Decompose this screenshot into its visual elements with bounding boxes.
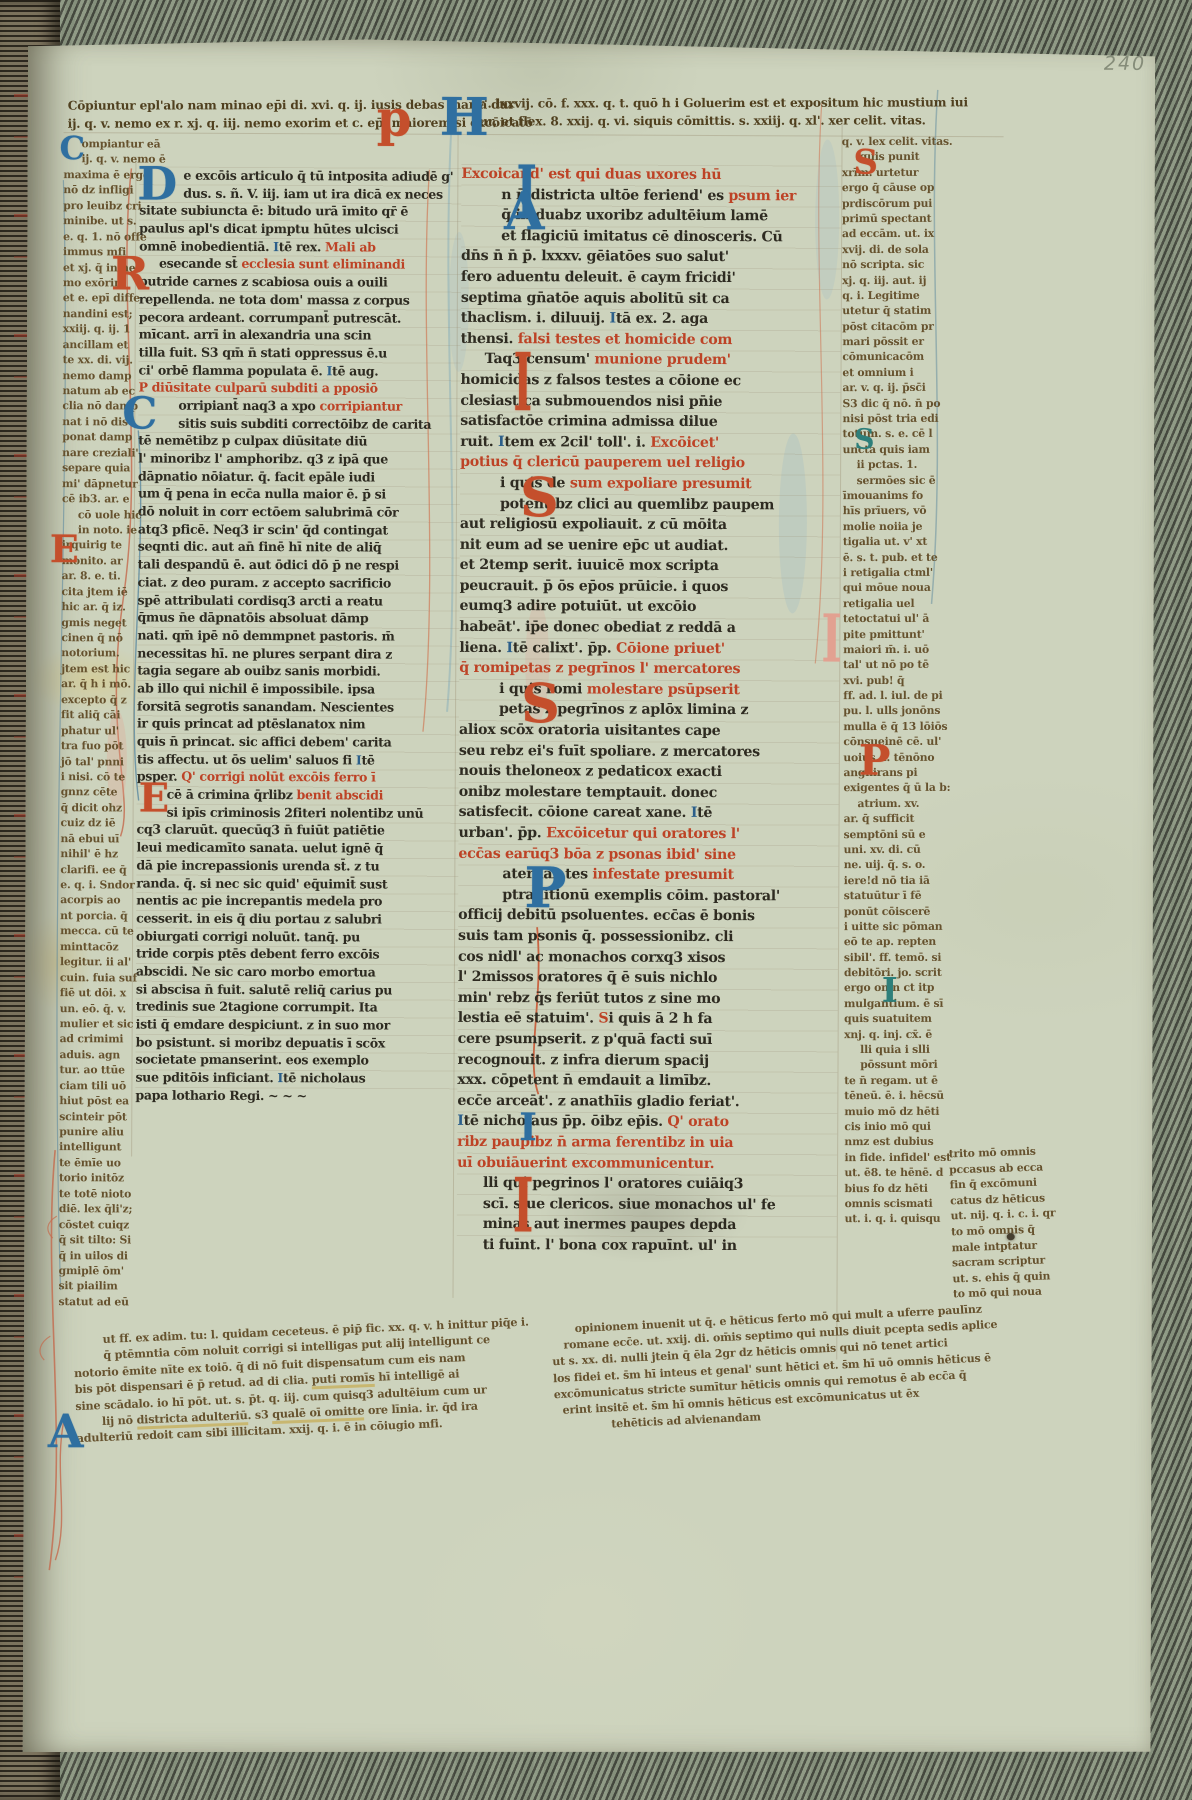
gloss-line: ad crimimi (60, 1032, 138, 1048)
text-segment: q̄mus n̄e dāpnatōis absoluat dāmp (137, 610, 368, 626)
text-segment: lli quia i slli (860, 1043, 930, 1056)
text-segment: septima gn̄atōe aquis abolitū sit ca (461, 289, 730, 306)
gloss-line: primū spectant (842, 211, 996, 227)
text-segment: cē ib3. ar. e (62, 492, 129, 505)
text-segment: e excōis articulo q̄ tū intposita adiudē… (183, 168, 453, 184)
text-segment: dn̄s n̄ n̄ p̄. lxxxv. gēiatōes suo salut… (461, 248, 729, 265)
text-segment: benit abscidi (297, 787, 384, 802)
text-segment: pro leuibz cri (63, 199, 141, 212)
text-segment: S3 dic q̄ nō. n̄ po (842, 396, 940, 409)
gloss-line: nā ebui uī (60, 831, 138, 847)
text-segment: ab illo qui nichil ē impossibile. ipsa (137, 680, 375, 696)
text-segment: putride carnes z scabiosa ouis a ouili (139, 274, 388, 290)
gloss-line: cōmunicacōm (842, 349, 996, 365)
gloss-line: torio initōz (59, 1170, 137, 1186)
text-line: Itē nicholaus p̄p. ōibz ep̄is. Q' orato (457, 1111, 837, 1133)
gloss-line: xj. q. iij. aut. ij (842, 272, 996, 288)
gloss-line: fiē ut dōi. x (60, 985, 138, 1001)
illuminated-initial: R (111, 250, 149, 296)
text-line: thaclism. i. diluuij. Itā ex. 2. aga (461, 308, 841, 330)
gloss-line: semptōni sū e (844, 826, 998, 842)
text-segment: dō noluit in corr ectōem salubrimā cōr (138, 504, 399, 520)
text-segment: Taq3 censum' (485, 351, 595, 367)
text-line: nit eum ad se uenire ep̄c ut audiat. (460, 535, 840, 557)
gloss-line: jō tal' pnni (61, 754, 139, 770)
gloss-line: nandini est; (63, 306, 141, 322)
gloss-line: xvij. di. de sola (842, 241, 996, 257)
text-segment: Q' orato (667, 1114, 728, 1130)
text-line: peucrauit. p̄ ōs ep̄os prūicie. i quos (460, 576, 840, 598)
text-segment: tē (361, 752, 374, 767)
text-segment: cita jtem iē (62, 585, 128, 598)
text-segment: i uitte sic pōman (844, 920, 943, 933)
parchment-wormhole (1007, 1233, 1015, 1240)
text-segment: seqnti dic. aut an̄ finē hī nite de aliq… (138, 539, 382, 555)
text-segment: ecc̄e arceāt'. z anathīis gladio feriat'… (457, 1093, 739, 1110)
text-line: dus. s. ñ. V. iij. iam ut ira dicā ex ne… (139, 184, 461, 203)
text-line: spē attribulati cordisq3 arcti a reatu (138, 591, 460, 610)
text-segment: q̄ in uilos di (59, 1249, 128, 1262)
text-segment: legitur. ii al' (60, 955, 131, 968)
text-segment: fero aduentu deleuit. ē caym fricidi' (461, 269, 736, 286)
gloss-line: intelligunt (59, 1140, 137, 1156)
text-segment: fiē ut dōi. x (60, 986, 126, 999)
illuminated-initial: I (882, 974, 898, 1008)
gloss-line: ar. v. q. ij. p̄sc̄i (842, 380, 996, 396)
gloss-line: cis inio mō qui (844, 1119, 998, 1135)
text-segment: sum expoliare presumit (570, 475, 752, 492)
text-segment: aduis. agn (60, 1048, 121, 1061)
text-segment: ciat. z deo puram. z accepto sacrificio (138, 574, 391, 590)
text-line: habeāt'. ip̄e donec obediat z reddā a (459, 617, 839, 639)
gloss-line: quis suatuitem (844, 1011, 998, 1027)
gloss-line: legitur. ii al' (60, 954, 138, 970)
text-segment: pōst citacōm pr (842, 320, 933, 333)
text-segment: psum ier (728, 188, 796, 204)
text-segment: ar. 8. e. ti. (62, 569, 121, 582)
text-segment: diē. lex q̄li'z; (59, 1202, 132, 1215)
text-segment: Q' corrigi nolūt excōis ferro ī (181, 769, 375, 785)
text-segment: prdiscōrum pui (842, 196, 932, 209)
text-segment: spē attribulati cordisq3 arcti a reatu (138, 592, 383, 608)
gloss-line: pōssunt mōri (844, 1057, 998, 1073)
text-line: petas z pegrīnos z aplōx limina z (459, 699, 839, 721)
text-segment: gmiplē ōm' (59, 1264, 124, 1277)
gloss-line: hiut pōst ea (59, 1093, 137, 1109)
text-segment: onibz molestare temptauit. donec (459, 784, 717, 801)
text-segment: xj. q. iij. aut. ij (842, 273, 926, 286)
gloss-line: xxiij. q. ij. 1 (63, 321, 141, 337)
illuminated-initial: S (520, 470, 559, 524)
text-segment: nat i nō dis (62, 415, 128, 428)
text-segment: nō scripta. sic (842, 258, 924, 271)
text-line: abscidi. Ne sic caro morbo emortua (136, 962, 458, 981)
text-segment: maiori m̄. i. uō (843, 643, 929, 656)
text-segment: Cōione priuet' (616, 640, 725, 656)
gloss-line: atrium. xv. (843, 795, 997, 811)
text-segment: e. q. 1. nō offe (63, 230, 147, 243)
gloss-line: mulgantium. ē sī (844, 996, 998, 1012)
text-segment: randa. q̄. si nec sic quid' eq̄uimit̄ su… (136, 875, 387, 891)
text-line: um q̄ pena in ecc̄a nulla maior ē. p̄ si (138, 485, 460, 504)
text-segment: sermōes sic ē (857, 473, 936, 486)
text-segment: hic ar. q̄ iz. (61, 600, 125, 613)
text-segment: l' minoribz l' amphoribz. q3 z ipā que (138, 450, 388, 466)
gloss-line: muio mō dz hēti (844, 1103, 998, 1119)
text-line: necessitas hī. ne plures serpant dira z (137, 644, 459, 663)
gloss-line: ne. uij. q̄. s. o. (844, 857, 998, 873)
text-segment: ar. v. q. ij. p̄sc̄i (842, 381, 925, 394)
text-segment: cis inio mō qui (844, 1120, 930, 1133)
gloss-line: nare creziali' (62, 445, 140, 461)
text-line: nouis theloneox z pedaticox exacti (459, 761, 839, 783)
gloss-line: ciam tili uō (59, 1078, 137, 1094)
gloss-line: tigalia ut. v' xt (843, 534, 997, 550)
text-segment: aut religiosū expoliauit. z cū mōita (460, 516, 727, 533)
text-segment: te ēmīe uo (59, 1156, 121, 1169)
text-segment: ponūt cōiscerē (844, 904, 930, 917)
text-line: quis n̄ princat. sic affici debem' carit… (137, 732, 459, 751)
text-segment: sue pditōis inficiant. (135, 1070, 277, 1086)
text-segment: to mō omnis q̄ (951, 1223, 1035, 1239)
text-segment: tē (697, 805, 712, 821)
text-segment: minttacōz (60, 940, 119, 953)
gloss-line: te n̄ regam. ut ē (844, 1073, 998, 1089)
gloss-line: minttacōz (60, 939, 138, 955)
text-segment: utetur q̄ statim (842, 304, 931, 317)
text-line: ecc̄e arceāt'. z anathīis gladio feriat'… (457, 1091, 837, 1113)
text-segment: in fide. infidel' est (844, 1151, 950, 1164)
manuscript-page: 240 Cōpiuntur epl'alo nam minao ep̄i di.… (21, 36, 1158, 1757)
text-line: randa. q̄. si nec sic quid' eq̄uimit̄ su… (136, 874, 458, 893)
text-segment: paulus apl's dicat ipmptu hūtes ulcisci (139, 221, 398, 237)
text-segment: esecande st̄ (159, 256, 241, 271)
text-segment: officij debitū psoluentes. ecc̄as ē boni… (458, 907, 755, 924)
text-segment: cō uole hic (78, 508, 142, 521)
gloss-line: pu. l. ulls jonōns (843, 703, 997, 719)
text-segment: ecc̄as earūq3 bōa z psonas ibid' sine (458, 845, 735, 862)
text-line: dā pie increpassionis urenda st̄. z tu (136, 856, 458, 875)
gloss-line: q̄ in uilos di (59, 1248, 137, 1264)
text-segment: cere psumpserit. z p'quā facti suī (458, 1031, 713, 1048)
text-line: cq3 claruūt. quecūq3 n̄ fuiūt patiētie (136, 821, 458, 840)
text-segment: jtem est hic (61, 662, 130, 675)
text-line: cere psumpserit. z p'quā facti suī (458, 1029, 838, 1051)
text-line: cos nidl' ac monachos corxq3 xisos (458, 946, 838, 968)
text-segment: cē ā crimina q̄rlibz (167, 787, 297, 803)
text-line: omnē inobedientiā. Itē rex. Mali ab (139, 237, 461, 256)
text-segment: sit piailim (59, 1280, 118, 1293)
text-line: societate pmanserint. eos exemplo (135, 1051, 457, 1070)
text-segment: qui mōue noua (843, 581, 931, 594)
gloss-line: tur. ao ttūe (59, 1062, 137, 1078)
illuminated-initial: P (524, 860, 566, 916)
text-line: tredinis sue 2tagione corrumpit. Ita (136, 998, 458, 1017)
text-line: potius q̄ clericū pauperem uel religio (460, 452, 840, 474)
text-segment: separe quia (62, 461, 130, 474)
text-segment: te totē nioto (59, 1187, 131, 1200)
gloss-line: cuin. fuia suf (60, 970, 138, 986)
text-segment: ut. s. ehis q̄ quin (952, 1269, 1050, 1285)
text-segment: xvij. di. de sola (842, 243, 929, 256)
gloss-line: i retigalia ctml' (843, 565, 997, 581)
text-segment: leui medicamīto sanata. uelut ignē q̄ (136, 840, 383, 856)
text-segment: nihil' ē hz (60, 847, 118, 860)
text-segment: nemo damp (62, 369, 131, 382)
text-segment: cos nidl' ac monachos corxq3 xisos (458, 948, 725, 965)
gloss-line: mecca. cū te (60, 923, 138, 939)
text-segment: ut. i. q. i. quisqu (845, 1212, 941, 1225)
text-segment: potius q̄ clericū pauperem uel religio (460, 454, 745, 471)
gloss-line: cē ib3. ar. e (62, 491, 140, 507)
text-line: q̄mus n̄e dāpnatōis absoluat dāmp (137, 609, 459, 628)
text-segment: catus dz hēticus (950, 1191, 1045, 1207)
text-line: sitis suis subditi correctōibz de carita (138, 414, 460, 433)
gloss-line: q. i. Legitime (842, 288, 996, 304)
gloss-line: retigalia uel (843, 595, 997, 611)
text-segment: thaclism. i. diluuij. (461, 310, 610, 327)
text-segment: nmz est dubius (844, 1135, 933, 1148)
text-line: cesserit. in eis q̄ diu portau z salubri (136, 909, 458, 928)
gloss-line: gmiplē ōm' (59, 1263, 137, 1279)
gloss-line: ancillam et (63, 337, 141, 353)
gloss-line: cinen q̄ nō (61, 630, 139, 646)
text-segment: tē nicholaus p̄p. ōibz ep̄is. (464, 1113, 668, 1130)
text-segment: societate pmanserint. eos exemplo (136, 1052, 369, 1068)
text-segment: isti q̄ emdare despiciunt. z in suo mor (136, 1016, 390, 1032)
text-segment: punire aliu (59, 1125, 124, 1138)
text-segment: bo psistunt. si moribz depuatis ī scōx (136, 1034, 385, 1050)
text-line: ribz paupibz n̄ arma ferentibz in uia (457, 1132, 837, 1154)
gloss-line: diē. lex q̄li'z; (59, 1201, 137, 1217)
gloss-line: ē. s. t. pub. et te (843, 549, 997, 565)
gloss-line: nt porcia. q̄ (60, 908, 138, 924)
text-line: septima gn̄atōe aquis abolitū sit ca (461, 287, 841, 309)
text-line: tis affectu. ut ōs uelim' saluos fi Itē (137, 750, 459, 769)
text-segment: ribz paupibz n̄ arma ferentibz in uia (457, 1134, 733, 1151)
text-line: si ipīs criminosis 2fiteri nolentibz unū (137, 803, 459, 822)
text-segment: Excōicetur qui oratores l' (546, 825, 740, 842)
text-segment: sitate subiuncta ē: bitudo urā īmito qr̄… (139, 203, 408, 219)
text-segment: q̄ dicit ohz (61, 801, 122, 814)
text-segment: repellenda. ne tota dom' massa z corpus (139, 291, 410, 307)
text-segment: iere!d nō tia iā (844, 874, 930, 887)
gloss-line: i nisi. cō te (61, 769, 139, 785)
text-line: tē nemētibz p culpax diūsitate diū (138, 432, 460, 451)
gloss-line: i uitte sic pōman (844, 919, 998, 935)
text-line: fero aduentu deleuit. ē caym fricidi' (461, 267, 841, 289)
gloss-line: pōst citacōm pr (842, 318, 996, 334)
text-segment: sitis suis subditi correctōibz de carita (178, 415, 431, 431)
gloss-line: maiori m̄. i. uō (843, 642, 997, 658)
text-segment: cuin. fuia suf (60, 971, 137, 984)
text-segment: thensi. (461, 331, 518, 347)
gloss-line: ar. q̄ sufficit (844, 811, 998, 827)
red-bottom-vine (49, 1150, 57, 1570)
vine-leaf-curls (40, 1216, 57, 1360)
gloss-line: cuiz dz iē (61, 815, 139, 831)
text-line: recognouit. z infra dierum spacij (457, 1049, 837, 1071)
illuminated-initial: E (139, 778, 170, 818)
text-line: lestia eē statuim'. Si quis ā 2 h fa (458, 1008, 838, 1030)
gloss-line: un. eō. q̄. v. (60, 1001, 138, 1017)
text-line: atq3 pficē. Neq3 ir scin' q̄d contingat (138, 520, 460, 539)
gloss-line: statuūtur ī fē (844, 888, 998, 904)
text-segment: orripiant̄ naq3 a xpo (178, 398, 319, 414)
gloss-line: hīs prīuers, vō (843, 503, 997, 519)
gloss-line: uni. xv. di. cū (844, 842, 998, 858)
text-segment: atrium. xv. (858, 797, 920, 810)
text-segment: mari pōssit er (842, 335, 924, 348)
text-segment: tra fuo pōt (61, 739, 123, 752)
text-line: liena. Itē calixt'. p̄p. Cōione priuet' (459, 638, 839, 660)
text-segment: ē. s. t. pub. et te (843, 550, 938, 563)
gloss-line: nō dz infligi (63, 182, 141, 198)
text-segment: necessitas hī. ne plures serpant dira z (137, 645, 392, 661)
text-segment: molestare psūpserit (587, 681, 740, 698)
text-segment: tā ex. 2. aga (616, 311, 708, 327)
text-segment: fit aliq̄ cāi (61, 708, 120, 721)
text-line: seqnti dic. aut an̄ finē hī nite de aliq… (138, 538, 460, 557)
text-segment: urban'. p̄p. (458, 825, 546, 841)
text-segment: tem ex 2cil' toll'. i. (504, 434, 650, 451)
gloss-line: tēneū. ē. i. hēcsū (844, 1088, 998, 1104)
text-line: ciat. z deo puram. z accepto sacrificio (138, 573, 460, 592)
text-line: papa lothario Regi. ~ ~ ~ (135, 1086, 457, 1105)
text-line: l' 2missos oratores q̄ ē suis nichlo (458, 967, 838, 989)
text-line: dn̄s n̄ n̄ p̄. lxxxv. gēiatōes suo salut… (461, 246, 841, 268)
gloss-line: te totē nioto (59, 1186, 137, 1202)
text-segment: mulla ē q̄ 13 lōiōs (843, 720, 947, 733)
text-segment: xvi. pub! q̄ (843, 674, 904, 687)
text-segment: scinteir pōt (59, 1110, 126, 1123)
illuminated-initial: C (122, 392, 157, 436)
illuminated-initial: A (504, 186, 545, 238)
text-segment: te xx. di. vij. (63, 353, 133, 366)
main-column-left: e excōis articulo q̄ tū intposita adiudē… (135, 166, 461, 1105)
text-segment: male intptatur (951, 1238, 1037, 1254)
text-line: aliox scōx oratoria uisitantes cape (459, 720, 839, 742)
text-segment: te n̄ regam. ut ē (844, 1074, 938, 1087)
text-segment: xnj. q. inj. cx̄. ē (844, 1028, 932, 1041)
text-segment: acorpis ao (60, 894, 120, 907)
text-line: ir quis princat ad ptēslanatox nim (137, 715, 459, 734)
gloss-line: pite pmittunt' (843, 626, 997, 642)
gloss-line: gmis neget (61, 615, 139, 631)
text-segment: abscidi. Ne sic caro morbo emortua (136, 963, 376, 979)
gloss-line: excepto q̄ z (61, 692, 139, 708)
text-line: urban'. p̄p. Excōicetur qui oratores l' (458, 823, 838, 845)
text-line: et 2temp serit. iuuicē mox scripta (460, 555, 840, 577)
text-segment: cuiz dz iē (61, 816, 116, 829)
text-segment: trito mō omnis (949, 1145, 1036, 1161)
text-segment: gnnz cēte (61, 786, 118, 799)
text-segment: pu. l. ulls jonōns (843, 704, 940, 717)
gloss-line: prdiscōrum pui (842, 195, 996, 211)
marginal-gloss-right: q. v. lex celit. vitas.iquis punitxrīm. … (842, 134, 999, 1227)
text-segment: S (598, 1011, 608, 1027)
text-line: putride carnes z scabiosa ouis a ouili (139, 273, 461, 292)
gloss-line: fit aliq̄ cāi (61, 707, 139, 723)
text-segment: q̄ romipetas z pegrīnos l' mercatores (459, 660, 740, 677)
text-line: tali despandū ē. aut ōdici dō p̄ ne resp… (138, 556, 460, 575)
text-line: officij debitū psoluentes. ecc̄as ē boni… (458, 905, 838, 927)
illuminated-initial: C (59, 132, 85, 164)
text-segment: īmouanims fo (843, 489, 923, 502)
text-line: potentibz clici au quemlibz paupem (460, 493, 840, 515)
text-segment: primū spectant (842, 212, 932, 225)
text-segment: P diūsitate culparū subditi a pposiō (138, 380, 377, 396)
gloss-line: cō uole hic (62, 507, 140, 523)
text-segment: tilla fuit. S3 qm̄ n̄ stati oppressus ē.… (139, 344, 387, 360)
text-segment: et 2temp serit. iuuicē mox scripta (460, 557, 719, 574)
text-segment: cesserit. in eis q̄ diu portau z salubri (136, 910, 382, 926)
text-line: si abscisa n̄ fuit. salutē reliq̄ carius… (136, 980, 458, 999)
text-segment: un. eō. q̄. v. (60, 1002, 126, 1015)
gloss-line: mari pōssit er (842, 334, 996, 350)
marginal-gloss-right-lower: trito mō omnispccasus ab eccafin q̄ excō… (948, 1142, 1087, 1302)
gloss-line: ii pctas. 1. (843, 457, 997, 473)
text-line: suis tam psonis q̄. possessionibz. cli (458, 926, 838, 948)
text-line: P diūsitate culparū subditi a pposiō (138, 379, 460, 398)
text-segment: tē aug. (332, 363, 378, 378)
text-segment: uī obuiāuerint excommunicentur. (457, 1154, 714, 1171)
text-segment: habeāt'. ip̄e donec obediat z reddā a (459, 619, 735, 636)
text-segment: . s3 (247, 1407, 272, 1422)
text-segment: xxiij. q. ij. 1 (63, 322, 131, 335)
text-line: forsitā segrotis sanandam. Nescientes (137, 697, 459, 716)
running-header-row2-right: tur, et flex. 8. xxij. q. vi. siquis cōm… (474, 113, 926, 128)
illuminated-initial: P (859, 740, 891, 782)
text-segment: clarifi. ee q̄ (60, 863, 126, 876)
text-segment: tē rex. (279, 239, 325, 254)
gloss-line: utetur q̄ statim (842, 303, 996, 319)
text-segment: cōstet cuiqz (59, 1218, 129, 1231)
text-segment: Excōicet' (650, 434, 719, 450)
gloss-line: nihil' ē hz (60, 846, 138, 862)
text-segment: mīcant. arrī in alexandria una scin (139, 327, 372, 343)
illuminated-initial: D (137, 160, 177, 206)
text-segment: cinen q̄ nō (61, 631, 122, 644)
text-segment: tēneū. ē. i. hēcsū (844, 1089, 944, 1102)
gloss-line: jtem est hic (61, 661, 139, 677)
text-line: ecc̄as earūq3 bōa z psonas ibid' sine (458, 843, 838, 865)
text-line: min' rebz q̄s feriūt tutos z sine mo (458, 988, 838, 1010)
marginal-gloss-left: ompiantur eāij. q. v. nemo ēmaxima ē erg… (58, 136, 141, 1310)
text-segment: ruit. (460, 434, 498, 450)
text-segment: et omnium i (842, 366, 913, 379)
gloss-line: et omnium i (842, 365, 996, 381)
pen-monogram-blue-glyph: H (440, 92, 489, 144)
text-segment: molie noiia je (843, 520, 922, 533)
text-segment: hiut pōst ea (59, 1094, 129, 1107)
text-segment: semptōni sū e (844, 827, 926, 840)
text-line: obiurgati corrigi noluūt. tanq̄. pu (136, 927, 458, 946)
text-segment: dus. s. ñ. V. iij. iam ut ira dicā ex ne… (183, 185, 442, 201)
text-segment: cōmunicacōm (842, 350, 924, 363)
gloss-line: debitōri. jo. scrit (844, 965, 998, 981)
text-segment: jō tal' pnni (61, 755, 124, 768)
illuminated-initial: A (48, 1408, 84, 1454)
text-segment: ii pctas. 1. (857, 458, 918, 471)
text-segment: mulier et sic (60, 1017, 134, 1030)
text-segment: tur. ao ttūe (59, 1063, 124, 1076)
text-segment: suis tam psonis q̄. possessionibz. cli (458, 928, 733, 945)
text-segment: ar. q̄ sufficit (844, 812, 915, 825)
text-segment: sacram scriptur (952, 1254, 1045, 1270)
text-line: tagia segare ab ouibz sanis morbidi. (137, 662, 459, 681)
gloss-line: clarifi. ee q̄ (60, 862, 138, 878)
